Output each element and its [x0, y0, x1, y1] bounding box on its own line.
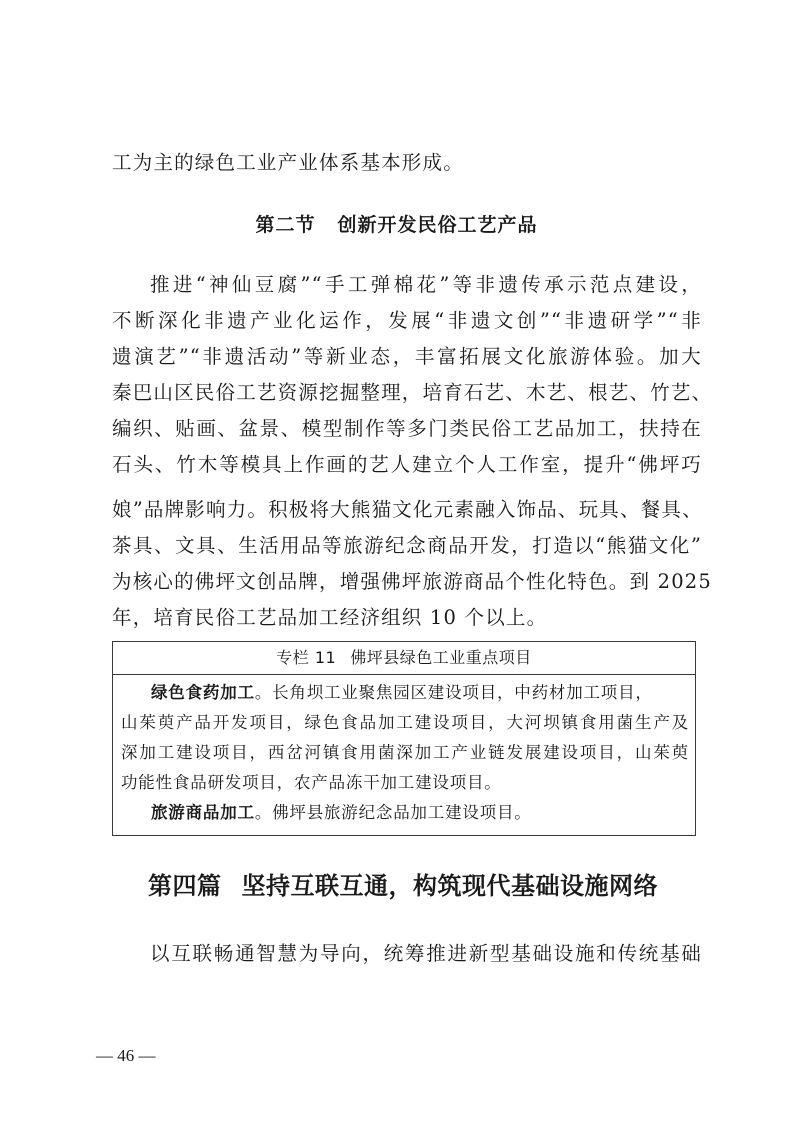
paragraph-line: 编织、贴画、盆景、模型制作等多门类民俗工艺品加工，扶持在	[112, 412, 702, 446]
section-heading: 第二节创新开发民俗工艺产品	[0, 210, 793, 237]
feature-box-number: 专栏 11	[276, 648, 336, 667]
paragraph-line: 遗演艺”“非遗活动”等新业态，丰富拓展文化旅游体验。加大	[112, 340, 702, 374]
paragraph-line: 为核心的佛坪文创品牌，增强佛坪旅游商品个性化特色。到 2025	[112, 565, 702, 599]
part-intro-line: 以互联畅通智慧为导向，统筹推进新型基础设施和传统基础	[150, 937, 702, 971]
part-number: 第四篇	[148, 871, 222, 900]
paragraph-line: 秦巴山区民俗工艺资源挖掘整理，培育石艺、木艺、根艺、竹艺、	[112, 376, 702, 410]
section-title: 创新开发民俗工艺产品	[338, 214, 538, 236]
paragraph-line: 不断深化非遗产业化运作，发展“非遗文创”“非遗研学”“非	[112, 304, 702, 338]
feature-box-line: 山茱萸产品开发项目，绿色食品加工建设项目，大河坝镇食用菌生产及	[121, 708, 689, 738]
paragraph-line: 娘”品牌影响力。积极将大熊猫文化元素融入饰品、玩具、餐具、	[112, 493, 702, 527]
part-title: 坚持互联互通，构筑现代基础设施网络	[242, 871, 659, 900]
feature-box-line: 旅游商品加工。佛坪县旅游纪念品加工建设项目。	[151, 798, 689, 828]
paragraph-line: 茶具、文具、生活用品等旅游纪念商品开发，打造以“熊猫文化”	[112, 529, 702, 563]
feature-box-line: 功能性食品研发项目，农产品冻干加工建设项目。	[121, 768, 689, 798]
paragraph-line: 年，培育民俗工艺品加工经济组织 10 个以上。	[112, 601, 702, 635]
page-number: — 46 —	[96, 1046, 156, 1066]
paragraph-line: 石头、竹木等模具上作画的艺人建立个人工作室，提升“佛坪巧	[112, 448, 702, 482]
feature-box-line: 绿色食药加工。长角坝工业聚焦园区建设项目，中药材加工项目，	[151, 678, 689, 708]
continuation-line: 工为主的绿色工业产业体系基本形成。	[112, 146, 702, 180]
paragraph-line: 推进“神仙豆腐”“手工弹棉花”等非遗传承示范点建设，	[150, 268, 702, 302]
feature-box-header: 专栏 11佛坪县绿色工业重点项目	[113, 642, 695, 675]
feature-box-line: 深加工建设项目，西岔河镇食用菌深加工产业链发展建设项目，山茱萸	[121, 738, 689, 768]
category-text: 。长角坝工业聚焦园区建设项目，中药材加工项目，	[255, 683, 653, 702]
feature-box: 专栏 11佛坪县绿色工业重点项目 绿色食药加工。长角坝工业聚焦园区建设项目，中药…	[112, 641, 696, 836]
category-label: 旅游商品加工	[151, 803, 255, 822]
category-text: 。佛坪县旅游纪念品加工建设项目。	[255, 803, 532, 822]
feature-box-title: 佛坪县绿色工业重点项目	[350, 648, 532, 667]
category-label: 绿色食药加工	[151, 683, 255, 702]
part-heading: 第四篇坚持互联互通，构筑现代基础设施网络	[148, 866, 658, 901]
section-number: 第二节	[255, 214, 315, 236]
